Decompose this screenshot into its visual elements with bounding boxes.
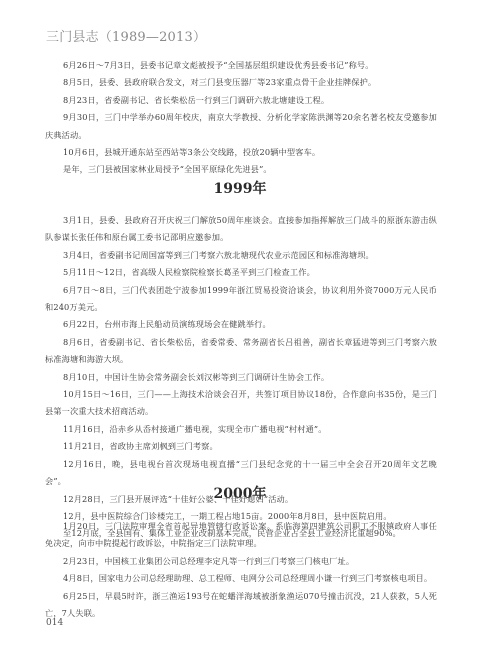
chronicle-entry: 8月5日，县委、县政府联合发文，对三门县变压器厂等23家重点骨干企业挂牌保护。 [45,74,437,91]
chronicle-entry: 11月21日，省政协主席刘枫到三门考察。 [45,438,437,455]
chronicle-entry: 8月23日，省委副书记、省长柴松岳一行到三门调研六敖北塘建设工程。 [45,92,437,109]
chronicle-entry: 5月11日～12日，省高级人民检察院检察长葛圣平到三门检查工作。 [45,264,437,281]
chronicle-entry: 3月1日，县委、县政府召开庆祝三门解放50周年座谈会。直接参加指挥解放三门战斗的… [45,212,437,247]
chronicle-entry: 6月7日～8日，三门代表团赴宁波参加1999年浙江贸易投资洽谈会，协议利用外资7… [45,282,437,317]
chronicle-entry: 8月6日，省委副书记、省长柴松岳，省委常委、常务副省长吕祖善，副省长章猛进等到三… [45,334,437,369]
running-header-title: 三门县志（1989—2013） [46,26,206,45]
chronicle-entry: 10月6日，县城开通东站至西站等3条公交线路，投放20辆中型客车。 [45,144,437,161]
chronicle-entry: 9月30日，三门中学举办60周年校庆，南京大学教授、分析化学家陈洪渊等20余名著… [45,109,437,144]
page-number: 014 [46,618,63,628]
section-2000: 1月20日，三门法院审理全省首起异地管辖行政诉讼案。系临海第四建筑公司职工不服镇… [45,518,437,622]
chronicle-entry: 6月25日，早晨5时许，浙三渔运193号在蛇蟠洋海域被浙象渔运070号撞击沉没，… [45,588,437,623]
chronicle-entry: 6月22日，台州市海上民船动员演练现场会在健跳举行。 [45,316,437,333]
chronicle-entry: 6月26日～7月3日，县委书记章文彪被授予“全国基层组织建设优秀县委书记”称号。 [45,57,437,74]
chronicle-entry: 11月16日，沿赤乡从岙村接通广播电视，实现全市广播电视“村村通”。 [45,421,437,438]
chronicle-entry: 是年，三门县被国家林业局授予“全国平原绿化先进县”。 [45,161,437,178]
year-heading-1999: 1999年 [0,178,480,198]
chronicle-entry: 3月4日，省委副书记周国富等到三门考察六敖北塘现代农业示范园区和标准海塘坝。 [45,247,437,264]
year-heading-2000: 2000年 [0,483,480,503]
chronicle-entry: 8月10日，中国计生协会常务副会长刘汉彬等到三门调研计生协会工作。 [45,369,437,386]
chronicle-entry: 10月15日～16日，三门——上海技术洽谈会召开，共签订项目协议18份，合作意向… [45,386,437,421]
chronicle-entry: 1月20日，三门法院审理全省首起异地管辖行政诉讼案。系临海第四建筑公司职工不服镇… [45,518,437,553]
chronicle-entry: 4月8日，国家电力公司总经理助理、总工程师、电网分公司总经理周小谦一行到三门考察… [45,570,437,587]
section-1998-continued: 6月26日～7月3日，县委书记章文彪被授予“全国基层组织建设优秀县委书记”称号。… [45,57,437,179]
chronicle-entry: 2月23日，中国核工业集团公司总经理李定凡等一行到三门考察三门核电厂址。 [45,553,437,570]
